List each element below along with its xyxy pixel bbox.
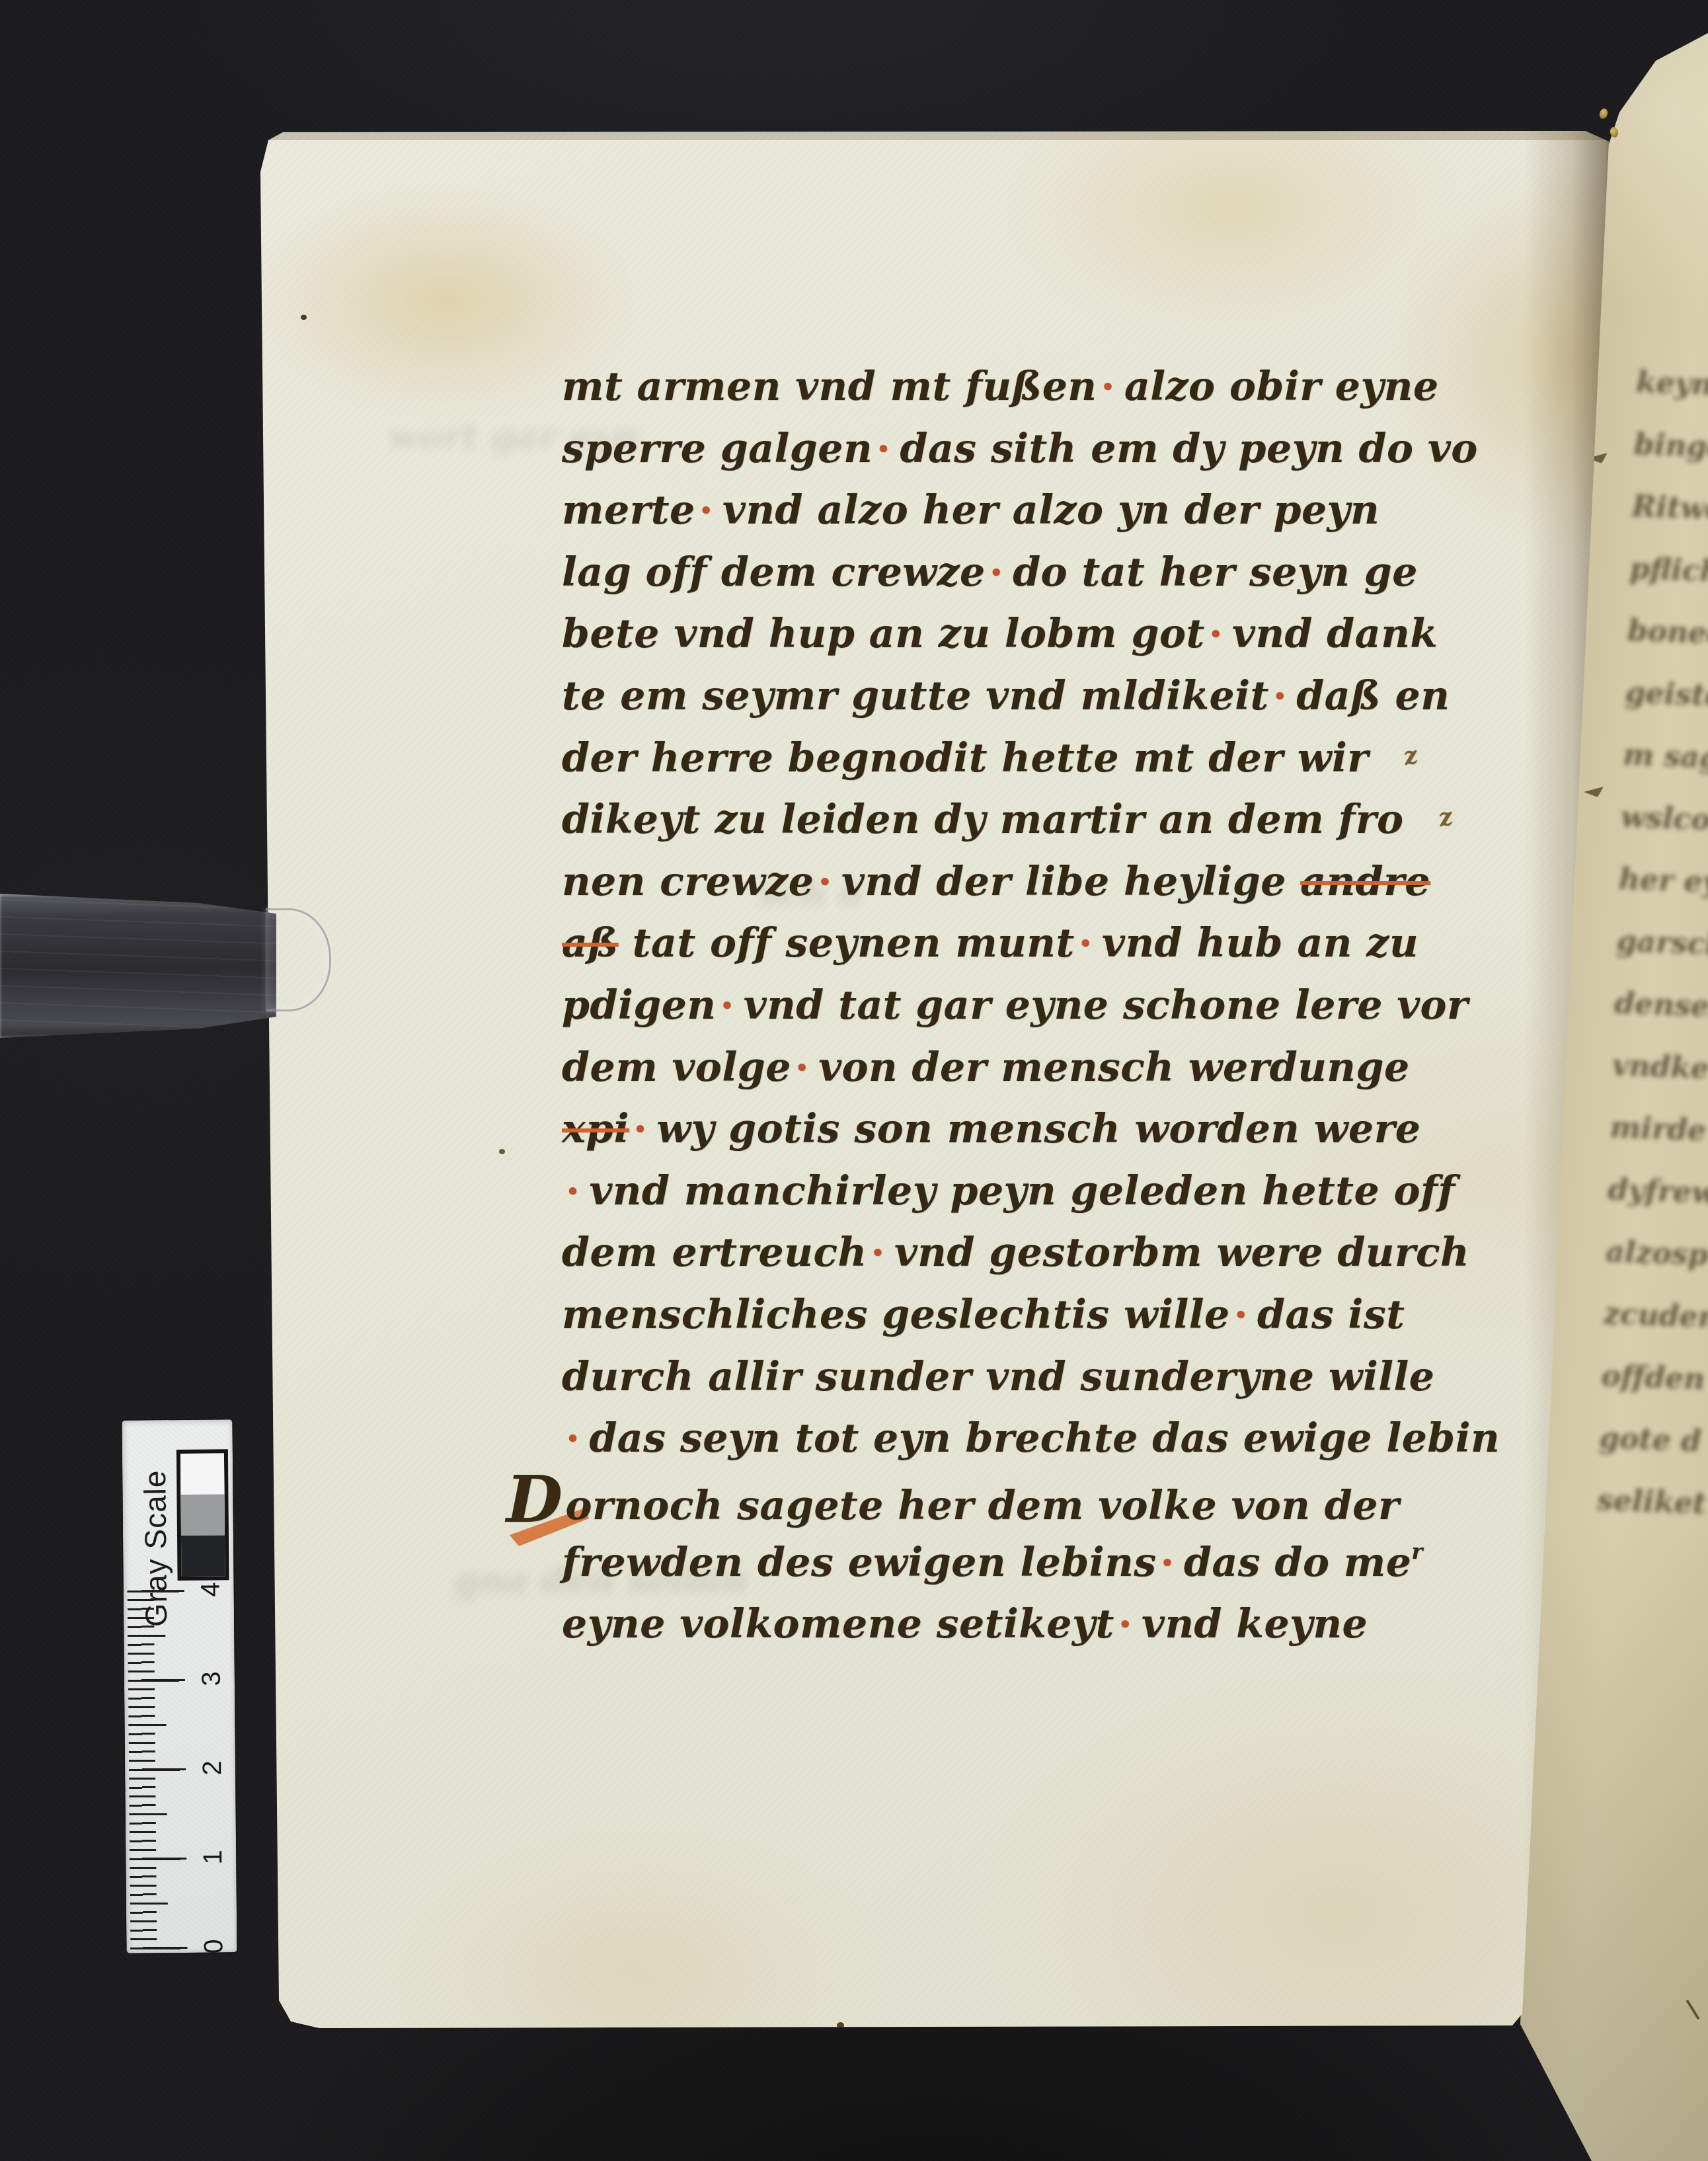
text-segment: z bbox=[1401, 740, 1420, 770]
gilt-clasp-fleck bbox=[1598, 107, 1610, 120]
facing-page-text-line: binger m bbox=[1633, 428, 1708, 493]
text-segment: andre bbox=[1300, 859, 1430, 905]
manuscript-line: dikeyt zu leiden dy martir an dem froz bbox=[562, 797, 1500, 859]
text-segment: daß en bbox=[1296, 673, 1450, 719]
facing-page-text-line: mirde bbox=[1609, 1111, 1708, 1176]
rubric-mark: · bbox=[791, 1044, 818, 1091]
manuscript-line: frewden des ewigen lebins·das do mer bbox=[562, 1539, 1500, 1601]
manuscript-page: gna den selbin wort gar eyn sch o mt arm… bbox=[256, 131, 1610, 2029]
rubric-mark: · bbox=[1097, 364, 1124, 410]
facing-page-text-line: bonecry bbox=[1626, 614, 1708, 680]
text-segment: ornoch sagete her dem volke von der bbox=[565, 1483, 1399, 1529]
ruler-number: 4 bbox=[196, 1575, 225, 1604]
manuscript-line: ·das seyn tot eyn brechte das ewige lebi… bbox=[562, 1415, 1500, 1477]
rubric-mark: · bbox=[695, 487, 722, 533]
page-specks bbox=[301, 315, 307, 320]
facing-page-text-line: gote d bbox=[1598, 1421, 1699, 1487]
text-segment: dem ertreuch bbox=[562, 1230, 867, 1276]
text-segment: te em seymr gutte vnd mldikeit bbox=[562, 673, 1269, 719]
text-segment: pdigen bbox=[562, 982, 716, 1029]
text-segment: durch allir sunder vnd sunderyne wille bbox=[562, 1354, 1434, 1400]
text-segment: sperre galgen bbox=[562, 426, 873, 472]
manuscript-line: der herre begnodit hette mt der wirz bbox=[562, 735, 1500, 797]
rubric-mark: · bbox=[1269, 673, 1296, 719]
text-segment: vnd tat gar eyne schone lere vor bbox=[744, 982, 1468, 1029]
rubric-mark: · bbox=[1205, 611, 1232, 657]
ruler-ticks-major bbox=[128, 1590, 188, 1950]
text-segment: wy gotis son mensch worden were bbox=[656, 1106, 1420, 1152]
text-segment: vnd manchirley peyn geleden hette off bbox=[589, 1168, 1455, 1214]
facing-page-text-line: dyfrew bbox=[1606, 1173, 1707, 1238]
rubric-mark: · bbox=[986, 549, 1013, 596]
rubric-mark: · bbox=[873, 426, 900, 472]
text-segment: vnd keyne bbox=[1142, 1601, 1368, 1647]
rubric-mark: · bbox=[1157, 1540, 1184, 1586]
manuscript-line: xpi·wy gotis son mensch worden were bbox=[562, 1106, 1500, 1168]
facing-page-text-line: seliket bbox=[1596, 1483, 1697, 1549]
text-segment: der herre begnodit hette mt der wir bbox=[562, 735, 1368, 781]
ruler-number: 2 bbox=[198, 1753, 227, 1782]
text-segment: xpi bbox=[562, 1106, 629, 1152]
gray-patch bbox=[181, 1535, 225, 1577]
text-segment: das sith em dy peyn do vo bbox=[900, 426, 1477, 472]
manuscript-line: mt armen vnd mt fußen·alzo obir eyne bbox=[562, 364, 1500, 426]
text-segment: das seyn tot eyn brechte das ewige lebin bbox=[589, 1415, 1500, 1462]
facing-page-text-line: denselb bbox=[1613, 986, 1708, 1052]
ruler-number: 1 bbox=[198, 1842, 227, 1871]
text-segment: merte bbox=[562, 487, 695, 533]
text-segment: D bbox=[506, 1480, 565, 1520]
gray-patch bbox=[180, 1453, 225, 1495]
photo-canvas: keynglbinger mRitwortpflichebonecrygeist… bbox=[0, 0, 1708, 2161]
rubric-mark: · bbox=[562, 1415, 589, 1462]
text-segment: vnd der libe heylige bbox=[841, 859, 1300, 905]
sewing-support-mark bbox=[1584, 787, 1604, 797]
rubric-mark: · bbox=[1075, 920, 1102, 966]
manuscript-line: Dornoch sagete her dem volke von der bbox=[562, 1477, 1500, 1540]
text-segment: tat off seynen munt bbox=[618, 920, 1074, 966]
manuscript-line: bete vnd hup an zu lobm got·vnd dank bbox=[562, 611, 1500, 673]
text-segment: aß bbox=[562, 920, 618, 966]
ruler-number: 0 bbox=[199, 1932, 228, 1961]
text-segment: von der mensch werdunge bbox=[818, 1044, 1409, 1091]
manuscript-line: merte·vnd alzo her alzo yn der peyn bbox=[562, 487, 1500, 549]
manuscript-line: nen crewze·vnd der libe heylige andre bbox=[562, 859, 1500, 921]
facing-page-text-line: vndke bbox=[1611, 1048, 1708, 1114]
rubric-mark: · bbox=[1230, 1292, 1257, 1338]
facing-page-text-line: alzosp bbox=[1604, 1235, 1705, 1300]
manuscript-line: durch allir sunder vnd sunderyne wille bbox=[562, 1354, 1500, 1416]
facing-page-text-line: keyngl bbox=[1635, 366, 1708, 431]
gray-patch bbox=[180, 1494, 225, 1536]
text-segment: frewden des ewigen lebins bbox=[562, 1540, 1157, 1586]
ruler-number: 3 bbox=[197, 1664, 226, 1693]
manuscript-text-block: mt armen vnd mt fußen·alzo obir eynesper… bbox=[562, 364, 1500, 1663]
text-segment: bete vnd hup an zu lobm got bbox=[562, 611, 1205, 657]
facing-page-text-line: her eyn bbox=[1617, 862, 1708, 927]
text-segment: vnd dank bbox=[1232, 611, 1438, 657]
text-segment: menschliches geslechtis wille bbox=[562, 1292, 1230, 1338]
text-segment: das do me bbox=[1184, 1540, 1412, 1586]
manuscript-line: eyne volkomene setikeyt·vnd keyne bbox=[562, 1601, 1500, 1663]
manuscript-line: dem ertreuch·vnd gestorbm were durch bbox=[562, 1230, 1500, 1292]
facing-page-text-line: Ritwort bbox=[1630, 490, 1708, 555]
gray-scale-ruler: Gray Scale 43210 bbox=[122, 1419, 237, 1953]
manuscript-line: pdigen·vnd tat gar eyne schone lere vor bbox=[562, 982, 1500, 1044]
facing-page-text-line: m sage bbox=[1621, 738, 1708, 804]
facing-page-text-line: geisteb bbox=[1624, 676, 1708, 742]
rubric-mark: · bbox=[629, 1106, 656, 1152]
facing-page-text-line: zcudem bbox=[1602, 1297, 1703, 1362]
manuscript-line: te em seymr gutte vnd mldikeit·daß en bbox=[562, 673, 1500, 735]
facing-page-text-line: offden bbox=[1600, 1359, 1701, 1425]
page-edge-shadow bbox=[256, 131, 1610, 140]
text-segment: lag off dem crewze bbox=[562, 549, 986, 596]
facing-page-text-line: garsch bbox=[1615, 924, 1708, 990]
manuscript-line: ·vnd manchirley peyn geleden hette off bbox=[562, 1168, 1500, 1230]
text-segment: mt armen vnd mt fußen bbox=[562, 364, 1097, 410]
text-segment: r bbox=[1411, 1539, 1422, 1564]
facing-page-text-line: pfliche bbox=[1628, 552, 1708, 617]
manuscript-line: aß tat off seynen munt·vnd hub an zu bbox=[562, 920, 1500, 982]
manuscript-line: dem volge·von der mensch werdunge bbox=[562, 1044, 1500, 1107]
rubric-mark: · bbox=[716, 982, 743, 1029]
text-segment: z bbox=[1436, 803, 1456, 832]
text-segment: dikeyt zu leiden dy martir an dem fro bbox=[562, 797, 1403, 843]
text-segment: das ist bbox=[1257, 1292, 1405, 1338]
text-segment: alzo obir eyne bbox=[1124, 364, 1439, 410]
text-segment: vnd alzo her alzo yn der peyn bbox=[722, 487, 1379, 533]
text-segment: do tat her seyn ge bbox=[1013, 549, 1418, 596]
facing-page-text-column: keynglbinger mRitwortpflichebonecrygeist… bbox=[1596, 366, 1708, 1549]
manuscript-line: sperre galgen·das sith em dy peyn do vo bbox=[562, 426, 1500, 488]
text-segment: vnd gestorbm were durch bbox=[894, 1230, 1469, 1276]
rubric-mark: · bbox=[562, 1168, 589, 1214]
page-holder-clip-arm bbox=[0, 894, 278, 1038]
rubric-mark: · bbox=[867, 1230, 894, 1276]
rubric-mark: · bbox=[1114, 1601, 1142, 1647]
ruler-scale: 43210 bbox=[128, 1589, 230, 1949]
text-segment: nen crewze bbox=[562, 859, 814, 905]
manuscript-line: lag off dem crewze·do tat her seyn ge bbox=[562, 549, 1500, 611]
gray-patch-strip bbox=[176, 1449, 229, 1581]
facing-page-text-line: wslco bbox=[1619, 801, 1708, 866]
manuscript-line: menschliches geslechtis wille·das ist bbox=[562, 1292, 1500, 1354]
rubric-mark: · bbox=[814, 859, 841, 905]
text-segment: dem volge bbox=[562, 1044, 791, 1091]
text-segment: vnd hub an zu bbox=[1102, 920, 1418, 966]
text-segment: eyne volkomene setikeyt bbox=[562, 1601, 1114, 1647]
